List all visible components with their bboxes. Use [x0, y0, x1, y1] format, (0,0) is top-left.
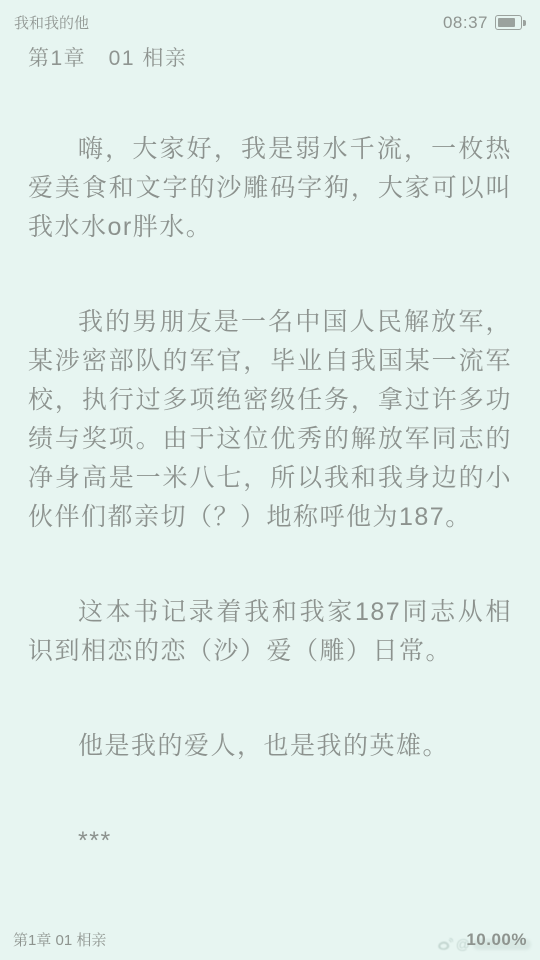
status-bar: 我和我的他 08:37	[0, 0, 540, 33]
paragraph: 这本书记录着我和我家187同志从相识到相恋的恋（沙）爱（雕）日常。	[28, 593, 512, 671]
reader-page: { "page": { "bg_color": "#e7f5f1", "text…	[0, 0, 540, 960]
reading-progress: 10.00%	[466, 930, 527, 949]
paragraph: 他是我的爱人，也是我的英雄。	[28, 727, 512, 766]
footer-bar: 第1章 01 相亲 @ 10.00%	[0, 929, 540, 960]
status-right: 08:37	[443, 13, 526, 33]
paragraph: 我的男朋友是一名中国人民解放军，某涉密部队的军官，毕业自我国某一流军校，执行过多…	[28, 303, 512, 537]
battery-icon	[495, 15, 526, 30]
book-title: 我和我的他	[14, 12, 89, 33]
clock-time: 08:37	[443, 13, 488, 33]
progress-wrap: @ 10.00%	[466, 930, 527, 950]
paragraph: ***	[28, 822, 512, 861]
weibo-watermark-icon	[437, 938, 453, 951]
paragraph: 嗨，大家好，我是弱水千流，一枚热爱美食和文字的沙雕码字狗，大家可以叫我水水or胖…	[28, 130, 512, 247]
chapter-title: 第1章 01 相亲	[28, 42, 512, 72]
reader-body[interactable]: 嗨，大家好，我是弱水千流，一枚热爱美食和文字的沙雕码字狗，大家可以叫我水水or胖…	[28, 130, 512, 861]
footer-chapter-label: 第1章 01 相亲	[13, 929, 106, 950]
